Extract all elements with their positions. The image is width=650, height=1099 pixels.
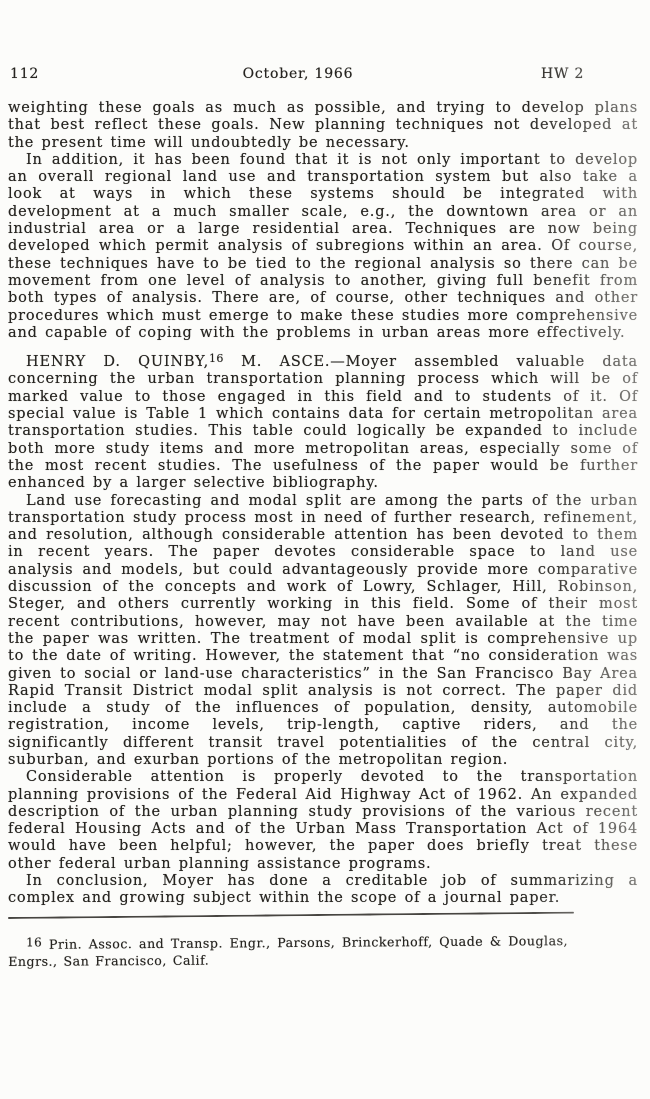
running-head: 112 October, 1966 HW 2 bbox=[8, 66, 640, 84]
page-body: weighting these goals as much as possibl… bbox=[8, 100, 638, 908]
body-paragraph: In addition, it has been found that it i… bbox=[8, 152, 638, 342]
body-paragraph: In conclusion, Moyer has done a creditab… bbox=[8, 873, 638, 908]
discusser-name: HENRY D. QUINBY, bbox=[26, 354, 209, 370]
journal-code: HW 2 bbox=[541, 66, 584, 82]
body-paragraph: Considerable attention is properly devot… bbox=[8, 769, 638, 873]
footnote-reference: 16 bbox=[209, 352, 224, 365]
footnote-number: 16 bbox=[26, 935, 42, 949]
discussion-text: M. ASCE.—Moyer assembled valuable data c… bbox=[8, 354, 638, 491]
body-paragraph: weighting these goals as much as possibl… bbox=[8, 100, 638, 152]
scanned-journal-page: 112 October, 1966 HW 2 weighting these g… bbox=[0, 0, 650, 1099]
footnote-text: Prin. Assoc. and Transp. Engr., Parsons,… bbox=[8, 933, 568, 968]
issue-date: October, 1966 bbox=[8, 66, 588, 82]
footnote-rule bbox=[8, 912, 574, 919]
body-paragraph: Land use forecasting and modal split are… bbox=[8, 493, 638, 770]
discussion-paragraph: HENRY D. QUINBY,16 M. ASCE.—Moyer assemb… bbox=[8, 354, 638, 492]
footnote: 16 Prin. Assoc. and Transp. Engr., Parso… bbox=[8, 933, 568, 970]
